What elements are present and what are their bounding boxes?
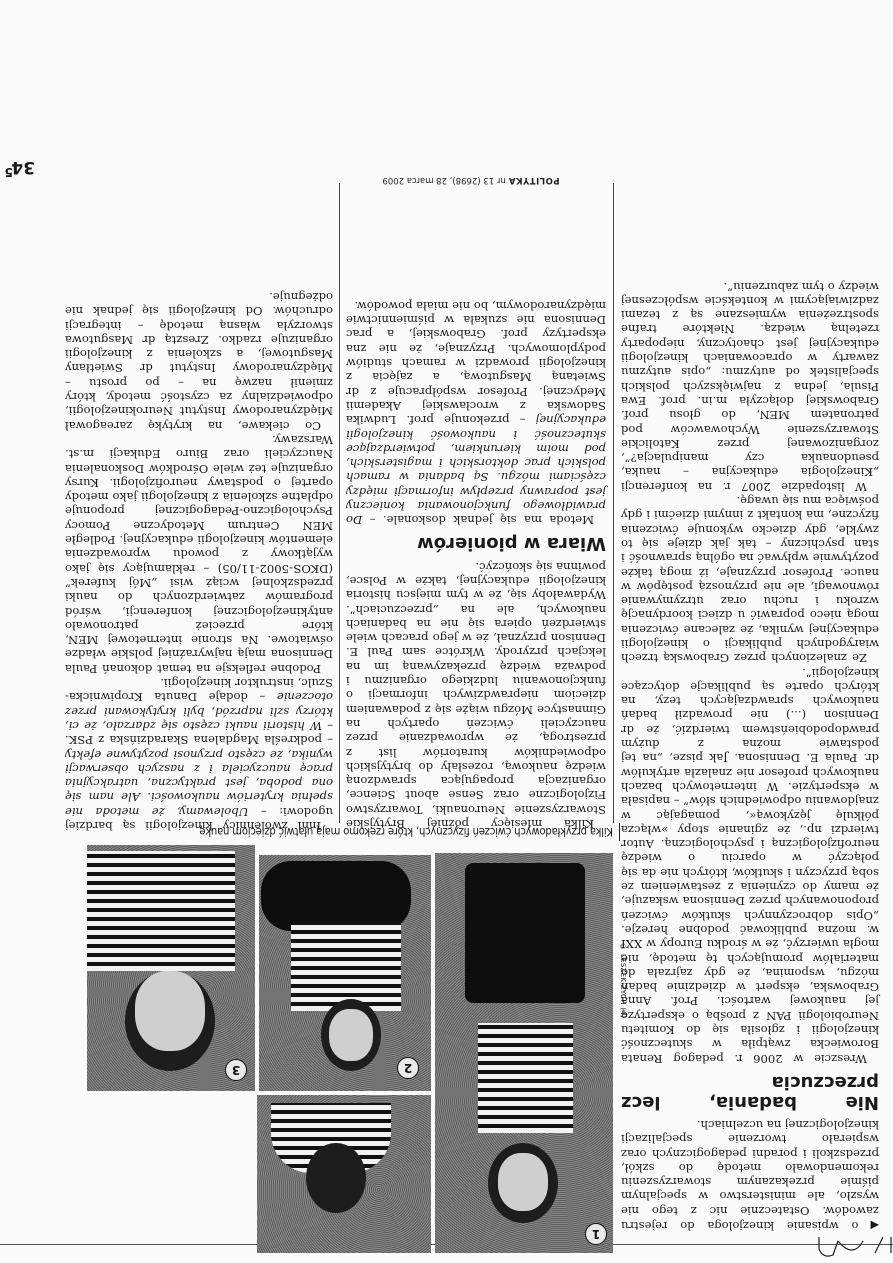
page-edge-mark: 5: [5, 165, 13, 179]
photo-4: [257, 1095, 431, 1253]
photo-number-badge: 1: [585, 1223, 607, 1245]
article-column-3: Inni zwolennicy kinezjologii są bardziej…: [65, 290, 333, 833]
caption-divider: [619, 823, 620, 841]
section-heading: Wiara w pionierów: [346, 533, 606, 553]
photo-3: 3: [87, 845, 255, 1091]
paragraph: Ze znalezionych przez Grabowską trzech w…: [621, 494, 879, 666]
paragraph: Metoda ma się jednak doskonale. – Do pra…: [346, 299, 606, 528]
page-footer: POLITYKA nr 13 (2698), 28 marca 2009: [336, 175, 606, 185]
photo-number-badge: 2: [397, 1057, 419, 1079]
paragraph: Kilka miesięcy później Brytyjskie Stowar…: [346, 559, 606, 831]
photo-collage: © LESZEK ZYCH (4) 1 2 3: [53, 845, 613, 1263]
paragraph: Podobne refleksje na temat dokonań Paula…: [65, 433, 333, 676]
article-column-2: Kilka miesięcy później Brytyjskie Stowar…: [346, 299, 606, 831]
article-column-1: ◀o wpisanie kinezjologa do rejestru zawo…: [621, 279, 879, 1233]
column-divider: [613, 183, 614, 823]
photo-credit: © LESZEK ZYCH (4): [615, 943, 627, 1063]
photo-2: 2: [259, 855, 431, 1091]
logo-fragment-icon: [793, 1235, 893, 1263]
column-divider: [339, 183, 340, 823]
paragraph: Inni zwolennicy kinezjologii są bardziej…: [65, 676, 333, 833]
paragraph: W listopadzie 2007 r. na konferencji „Ki…: [621, 279, 879, 493]
publication-name: POLITYKA: [508, 175, 559, 185]
paragraph: o wpisanie kinezjologa do rejestru zawod…: [621, 1118, 879, 1233]
photo-number-badge: 3: [225, 1059, 247, 1081]
section-heading: Nie badania, lecz przeczucia: [621, 1072, 879, 1112]
paragraph: Co ciekawe, na krytykę zareagował Między…: [65, 290, 333, 433]
photo-1: 1: [435, 853, 613, 1253]
page-number: 34: [11, 157, 35, 177]
magazine-page: ◀o wpisanie kinezjologa do rejestru zawo…: [0, 0, 893, 1263]
quote: Do prawidłowego funkcjonowania konieczny…: [346, 413, 606, 527]
continuation-arrow-icon: ◀: [861, 1219, 879, 1232]
issue-info: nr 13 (2698), 28 marca 2009: [382, 175, 505, 185]
previous-page-fragment: [793, 1235, 893, 1263]
paragraph: Wreszcie w 2006 r. pedagog Renata Borowi…: [621, 665, 879, 1065]
